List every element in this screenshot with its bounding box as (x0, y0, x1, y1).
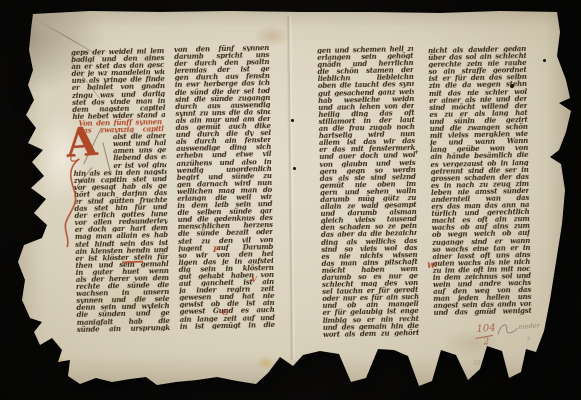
rubricated-capital: W (427, 262, 435, 269)
modern-pencil-annotations: 104 2 nieder 7 59.33.34 (468, 317, 572, 379)
manuscript-photo: geps der weidel mi lembadigi und den ain… (0, 0, 581, 400)
shelfmark-numerator: 104 (476, 324, 496, 335)
wormhole (543, 59, 546, 62)
center-fold-crease (286, 16, 296, 360)
pencil-note-word: nieder (518, 323, 540, 330)
text-column-4: nicht als dawider gedanüber das sol ain … (428, 45, 532, 317)
rubricated-capital: G (222, 309, 228, 316)
initial-flourish-ornament (59, 157, 85, 249)
manuscript-leaf: geps der weidel mi lembadigi und den ain… (0, 0, 581, 400)
manuscript-text-line: und das gmüd wenigst (433, 307, 531, 316)
margin-cross-mark: + (414, 150, 419, 156)
pencil-squiggle (495, 320, 520, 338)
column1-beside-initial-block: alst die ainerwont und halamen uns gelie… (113, 132, 167, 169)
shelfmark-denominator: 2 (483, 338, 489, 347)
pencil-note-numbers: 59.33.34 (473, 359, 500, 367)
rubricated-capital: P (213, 246, 219, 253)
column1-upper-block: geps der weidel mi lembadigi und den ain… (71, 47, 165, 120)
pencil-note-mark: 7 (526, 337, 530, 343)
text-column-1: geps der weidel mi lembadigi und den ain… (71, 47, 170, 333)
text-column-3: gen und schemen hell zuerlangen sein geh… (317, 45, 419, 338)
manuscript-text-line: wort als dem zu gehört (323, 329, 419, 338)
tear-crack-line (35, 350, 58, 363)
text-column-2: von den fünf synnendarumb spricht unsder… (174, 44, 275, 330)
wormhole (291, 119, 294, 122)
rubricated-capital: V (251, 276, 257, 283)
manuscript-text-line: sünde ain ursprungk (77, 324, 170, 333)
manuscript-text-line: in ist gemügt in die (180, 321, 275, 330)
column1-lower-block: hin als es in den nagstenzwain capitln s… (74, 168, 170, 333)
photo-background: geps der weidel mi lembadigi und den ain… (0, 0, 581, 400)
wormhole (293, 167, 296, 170)
pencil-edge-tick: v (558, 264, 561, 271)
